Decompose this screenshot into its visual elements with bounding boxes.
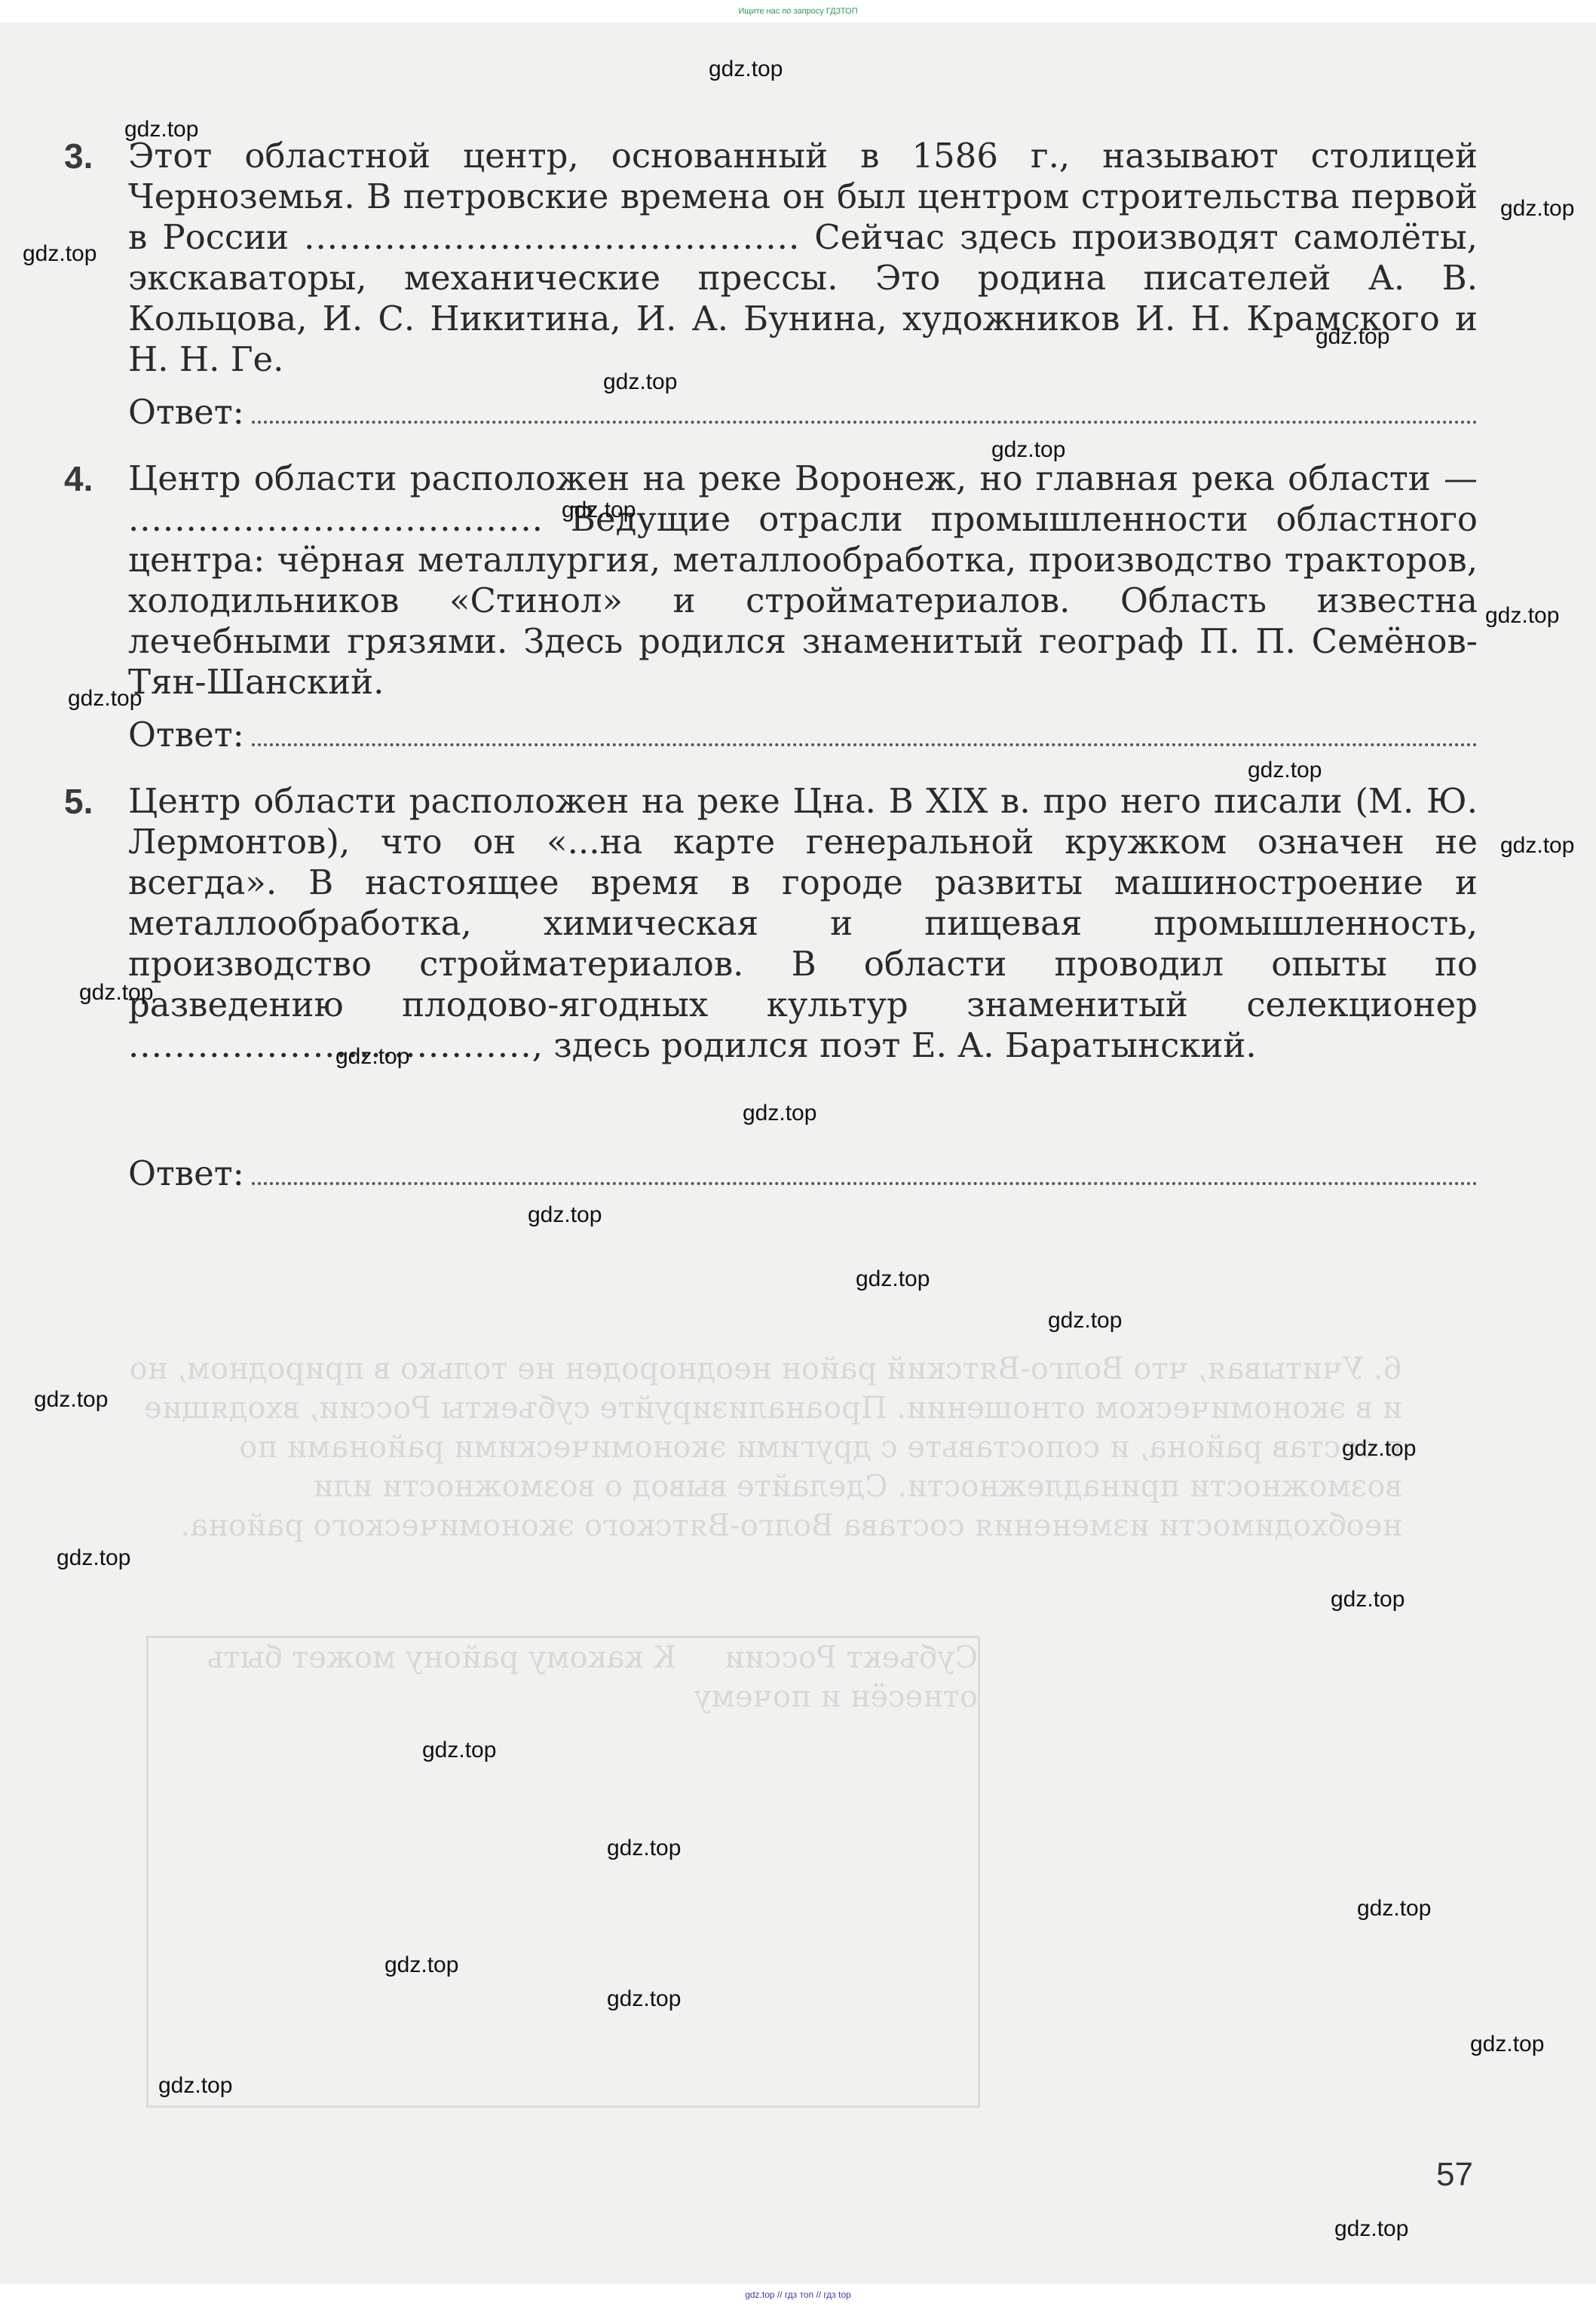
watermark: gdz.top [1357,1896,1431,1922]
watermark: gdz.top [1248,758,1322,783]
fill-in-blank[interactable]: ................................... [128,1025,532,1065]
answer-field[interactable] [252,716,1478,746]
answer-label: Ответ: [128,1153,244,1193]
watermark: gdz.top [528,1202,602,1228]
task-number: 3. [64,136,93,176]
task-text-cont: , здесь родился поэт Е. А. Баратынский. [532,1025,1257,1065]
bleed-col2: К какому району может быть отнесён и поч… [207,1640,978,1714]
watermark: gdz.top [709,57,783,82]
task-3: 3. Этот областной центр, основанный в 15… [68,136,1478,380]
bleed-table: Субъект России К какому району может быт… [146,1636,980,2108]
footer-banner: gdz.top // гдз топ // гдз top [0,2284,1596,2306]
top-banner: Ищите нас по запросу ГДЗТОП [0,0,1596,23]
watermark: gdz.top [34,1387,108,1413]
answer-field[interactable] [252,1155,1478,1185]
answer-label: Ответ: [128,715,244,755]
task-number: 5. [64,781,93,822]
watermark: gdz.top [1334,2216,1408,2242]
watermark: gdz.top [1470,2032,1544,2057]
watermark: gdz.top [1500,196,1574,222]
watermark: gdz.top [1500,833,1574,859]
watermark: gdz.top [68,686,142,712]
answer-line-3[interactable]: Ответ: [128,392,1478,432]
fill-in-blank[interactable]: ................................... [128,499,532,539]
watermark: gdz.top [562,498,636,523]
watermark: gdz.top [124,117,198,142]
task-text: Центр области расположен на реке Воронеж… [128,458,1478,498]
task-text: Центр области расположен на реке Цна. В … [128,781,1478,1024]
answer-field[interactable] [252,394,1478,424]
watermark: gdz.top [1316,324,1389,350]
answer-label: Ответ: [128,392,244,432]
watermark: gdz.top [603,369,677,395]
watermark: gdz.top [384,1952,458,1978]
task-4: 4. Центр области расположен на реке Воро… [68,458,1478,703]
answer-line-4[interactable]: Ответ: [128,715,1478,755]
watermark: gdz.top [23,241,96,267]
page-number: 57 [1436,2156,1473,2194]
watermark: gdz.top [1485,603,1559,629]
watermark: gdz.top [335,1044,409,1070]
watermark: gdz.top [158,2073,232,2099]
answer-line-5[interactable]: Ответ: [128,1153,1478,1193]
watermark: gdz.top [1331,1587,1405,1612]
watermark: gdz.top [1048,1308,1122,1334]
watermark: gdz.top [79,980,153,1006]
watermark: gdz.top [57,1545,130,1571]
watermark: gdz.top [607,1986,681,2012]
task-5: 5. Центр области расположен на реке Цна.… [68,781,1478,1066]
watermark: gdz.top [991,437,1065,463]
watermark: gdz.top [607,1836,681,1861]
watermark: gdz.top [856,1266,930,1292]
bleed-col1: Субъект России [724,1640,978,1675]
watermark: gdz.top [743,1101,816,1126]
bleed-task: 6. Учитывая, что Волго-Вятский район нео… [121,1349,1402,1545]
task-number: 4. [64,458,93,499]
watermark: gdz.top [1342,1436,1416,1462]
fill-in-blank[interactable]: ........................................… [304,217,789,257]
workbook-page: 6. Учитывая, что Волго-Вятский район нео… [0,23,1596,2284]
bleed-through-text: 6. Учитывая, что Волго-Вятский район нео… [121,1349,1402,2141]
watermark: gdz.top [422,1738,496,1763]
